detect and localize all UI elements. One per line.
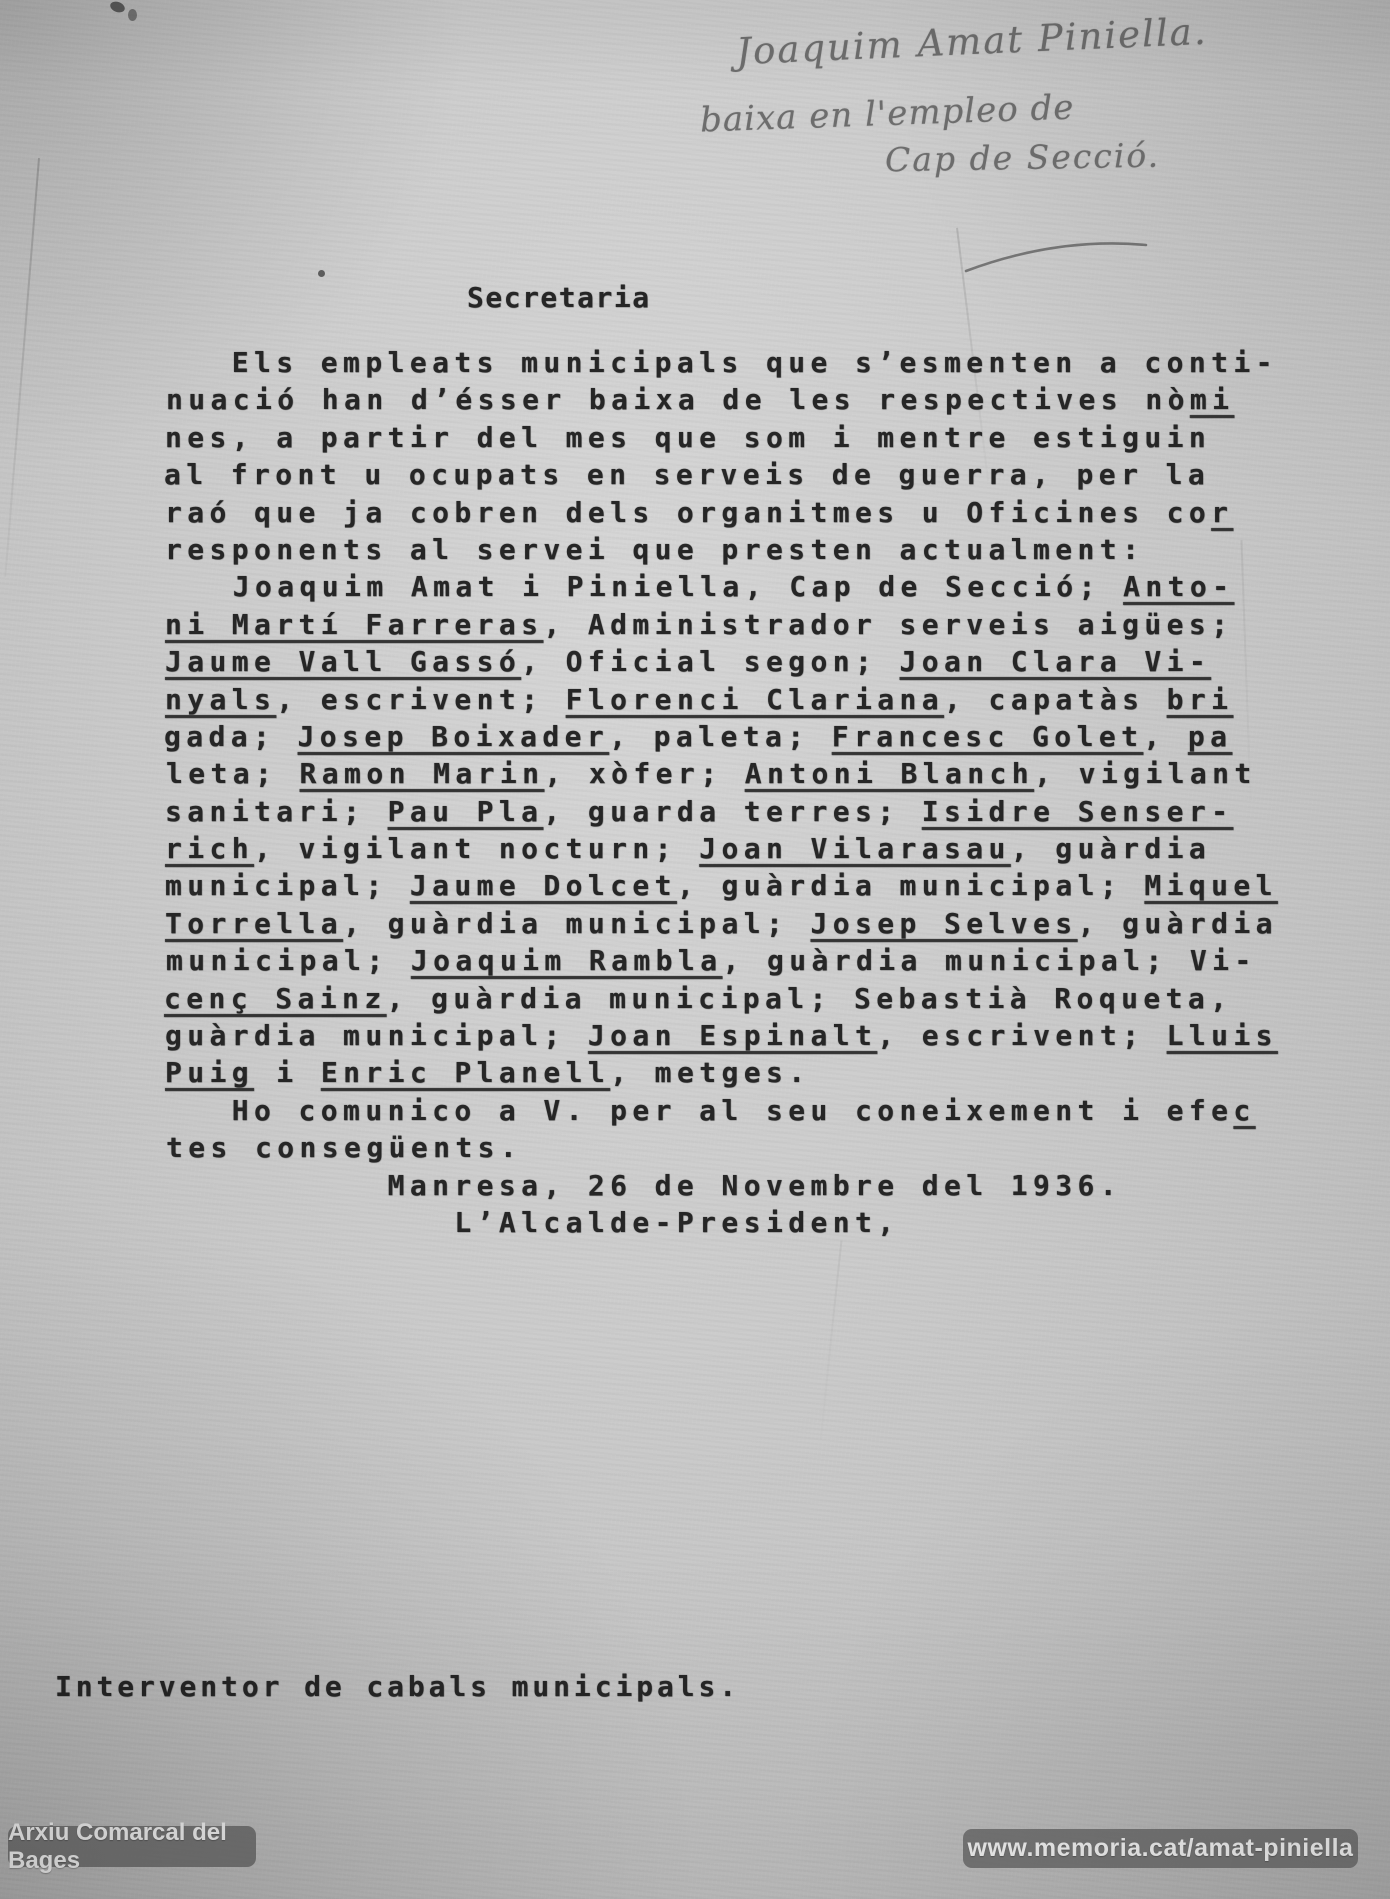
- typed-text: , guàrdia municipal;: [677, 869, 1144, 902]
- underlined-text: nyals: [165, 683, 276, 716]
- underlined-text: rich: [165, 832, 254, 865]
- typed-text: , escrivent;: [276, 683, 565, 716]
- handwritten-annotation-title: Cap de Secció.: [885, 136, 1161, 180]
- typed-text: , guàrdia municipal; Vi-: [722, 944, 1256, 977]
- typed-text: guàrdia municipal;: [165, 1019, 588, 1052]
- underlined-text: Antoni Blanch: [745, 757, 1034, 790]
- underlined-text: Joan Espinalt: [588, 1019, 877, 1052]
- typed-text: responents al servei que presten actualm…: [165, 533, 1144, 566]
- scanned-document-page: Joaquim Amat Piniella. baixa en l'empleo…: [0, 0, 1390, 1899]
- underlined-text: Miquel: [1144, 869, 1278, 902]
- underlined-text: Isidre Senser-: [922, 795, 1234, 828]
- handwritten-annotation-name: Joaquim Amat Piniella.: [735, 10, 1208, 74]
- underlined-text: Josep Boixader: [298, 720, 610, 753]
- body-line: cenç Sainz, guàrdia municipal; Sebastià …: [164, 980, 1277, 1017]
- underlined-text: mi: [1190, 383, 1235, 416]
- typed-text: , capatàs: [944, 683, 1167, 716]
- body-line: Joaquim Amat i Piniella, Cap de Secció; …: [166, 568, 1279, 605]
- typed-text: , Administrador serveis aigües;: [543, 608, 1233, 641]
- typed-text: , vigilant nocturn;: [254, 832, 699, 865]
- typed-text: municipal;: [165, 869, 410, 902]
- body-line: Torrella, guàrdia municipal; Josep Selve…: [165, 905, 1278, 942]
- typed-text: i: [254, 1056, 321, 1089]
- typed-body: Els empleats municipals que s’esmenten a…: [165, 344, 1278, 1241]
- handwritten-underline-flourish: [962, 233, 1150, 281]
- body-line: municipal; Jaume Dolcet, guàrdia municip…: [165, 867, 1278, 904]
- body-line: Jaume Vall Gassó, Oficial segon; Joan Cl…: [165, 643, 1278, 680]
- body-line: al front u ocupats en serveis de guerra,…: [164, 456, 1277, 493]
- typed-text: , xòfer;: [544, 757, 744, 790]
- underlined-text: pa: [1188, 720, 1233, 753]
- typed-text: , escrivent;: [877, 1019, 1166, 1052]
- typed-text: , guarda terres;: [543, 795, 921, 828]
- body-line: guàrdia municipal; Joan Espinalt, escriv…: [165, 1017, 1278, 1054]
- typed-text: leta;: [166, 757, 300, 790]
- typed-text: nuació han d’ésser baixa de les respecti…: [166, 383, 1190, 416]
- body-line: responents al servei que presten actualm…: [165, 531, 1278, 568]
- underlined-text: Jaume Dolcet: [410, 869, 677, 902]
- typed-text: , guàrdia municipal;: [343, 907, 810, 940]
- archive-watermark-badge: Arxiu Comarcal del Bages: [8, 1826, 256, 1867]
- typed-text: , guàrdia: [1078, 907, 1278, 940]
- body-line: tes consegüents.: [166, 1129, 1279, 1166]
- body-line: gada; Josep Boixader, paleta; Francesc G…: [164, 718, 1277, 755]
- underlined-text: Torrella: [165, 907, 343, 940]
- paper-crease: [820, 1240, 843, 1439]
- underlined-text: Ramon Marin: [300, 757, 545, 790]
- body-line: Els empleats municipals que s’esmenten a…: [165, 344, 1278, 381]
- typed-text: Manresa, 26 de Novembre del 1936.: [165, 1169, 1122, 1202]
- body-line: nyals, escrivent; Florenci Clariana, cap…: [165, 681, 1278, 718]
- typed-text: nes, a partir del mes que som i mentre e…: [165, 421, 1211, 454]
- underlined-text: Puig: [165, 1056, 254, 1089]
- typed-text: L’Alcalde-President,: [165, 1206, 900, 1239]
- typed-text: ,: [1143, 720, 1188, 753]
- body-line: L’Alcalde-President,: [165, 1204, 1278, 1241]
- body-line: Puig i Enric Planell, metges.: [165, 1054, 1278, 1091]
- underlined-text: Pau Pla: [388, 795, 544, 828]
- typed-text: , Oficial segon;: [521, 645, 899, 678]
- ink-speck: [318, 270, 325, 277]
- ink-speck: [128, 9, 137, 21]
- body-line: leta; Ramon Marin, xòfer; Antoni Blanch,…: [166, 755, 1279, 792]
- typed-text: municipal;: [166, 944, 411, 977]
- underlined-text: c: [1233, 1094, 1255, 1127]
- body-line: rich, vigilant nocturn; Joan Vilarasau, …: [165, 830, 1278, 867]
- ink-speck: [109, 0, 127, 14]
- underlined-text: Enric Planell: [321, 1056, 610, 1089]
- typed-text: Joaquim Amat i Piniella, Cap de Secció;: [166, 570, 1123, 603]
- typed-text: sanitari;: [165, 795, 388, 828]
- typed-text: , guàrdia: [1011, 832, 1211, 865]
- underlined-text: Francesc Golet: [832, 720, 1144, 753]
- underlined-text: Josep Selves: [810, 907, 1077, 940]
- footer-note: Interventor de cabals municipals.: [55, 1670, 740, 1703]
- underlined-text: Anto-: [1123, 570, 1234, 603]
- typed-text: tes consegüents.: [166, 1131, 522, 1164]
- typed-text: Ho comunico a V. per al seu coneixement …: [165, 1094, 1233, 1127]
- paper-crease: [4, 158, 40, 577]
- handwritten-annotation-note: baixa en l'empleo de: [699, 87, 1075, 140]
- body-line: nuació han d’ésser baixa de les respecti…: [166, 381, 1279, 418]
- typed-text: raó que ja cobren dels organitmes u Ofic…: [165, 496, 1211, 529]
- underlined-text: bri: [1167, 683, 1234, 716]
- body-line: ni Martí Farreras, Administrador serveis…: [165, 606, 1278, 643]
- underlined-text: Jaume Vall Gassó: [165, 645, 521, 678]
- typed-text: , vigilant: [1034, 757, 1257, 790]
- body-line: sanitari; Pau Pla, guarda terres; Isidre…: [165, 793, 1278, 830]
- website-watermark-badge: www.memoria.cat/amat-piniella: [963, 1829, 1358, 1868]
- typed-text: gada;: [164, 720, 298, 753]
- underlined-text: Joan Clara Vi-: [900, 645, 1212, 678]
- underlined-text: Joaquim Rambla: [411, 944, 723, 977]
- document-heading: Secretaria: [467, 281, 651, 314]
- body-line: raó que ja cobren dels organitmes u Ofic…: [165, 494, 1278, 531]
- body-line: Manresa, 26 de Novembre del 1936.: [165, 1167, 1278, 1204]
- underlined-text: Florenci Clariana: [566, 683, 944, 716]
- body-line: municipal; Joaquim Rambla, guàrdia munic…: [166, 942, 1279, 979]
- underlined-text: r: [1211, 496, 1233, 529]
- underlined-text: Lluis: [1167, 1019, 1278, 1052]
- body-line: nes, a partir del mes que som i mentre e…: [165, 419, 1278, 456]
- underlined-text: cenç Sainz: [164, 982, 387, 1015]
- typed-text: , paleta;: [609, 720, 832, 753]
- typed-text: Els empleats municipals que s’esmenten a…: [165, 346, 1278, 379]
- body-line: Ho comunico a V. per al seu coneixement …: [165, 1092, 1278, 1129]
- underlined-text: Joan Vilarasau: [699, 832, 1011, 865]
- underlined-text: ni Martí Farreras: [165, 608, 543, 641]
- typed-text: , metges.: [610, 1056, 810, 1089]
- typed-text: al front u ocupats en serveis de guerra,…: [164, 458, 1210, 491]
- typed-text: , guàrdia municipal; Sebastià Roqueta,: [387, 982, 1233, 1015]
